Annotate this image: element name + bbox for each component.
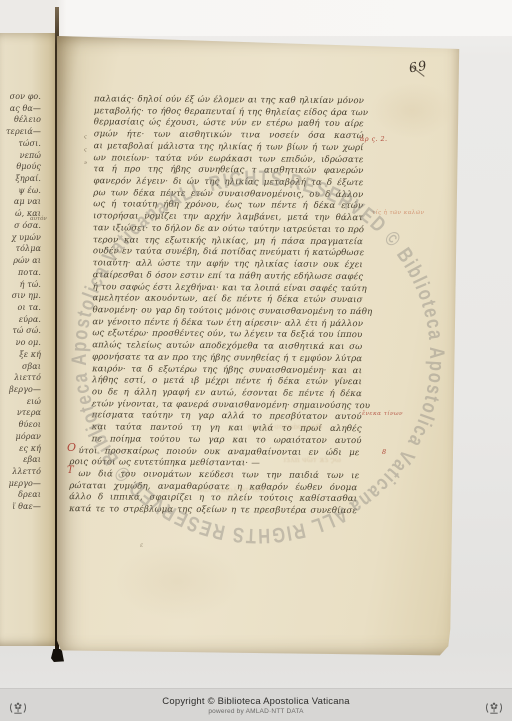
book-spine-foot	[51, 649, 64, 662]
facing-page-line-fragment: λλεττό	[0, 466, 57, 478]
facing-page-line-fragment: ντερα	[0, 407, 57, 419]
facing-page-text-fragments: σον φο.ας θα—θέλειοτερειά—τώσι.νεπώθμούς…	[0, 91, 57, 513]
footer-powered-by-text: powered by AMLAD·NTT DATA	[208, 708, 303, 715]
facing-page-line-fragment: μόραν	[0, 431, 57, 443]
facing-page-line-fragment: ας θα—	[0, 103, 57, 115]
stray-ink-mark: ε	[140, 542, 143, 549]
facing-page-line-fragment: τερειά—	[0, 126, 57, 138]
folio-number: 69	[408, 59, 429, 77]
quire-mark-2: ϛ	[84, 147, 87, 153]
marginal-rubric-top: ἀρ ς. 2.	[360, 135, 387, 143]
facing-page-line-fragment: ξηραί.	[0, 173, 57, 185]
facing-page-edge: σον φο.ας θα—θέλειοτερειά—τώσι.νεπώθμούς…	[0, 33, 57, 646]
facing-page-line-fragment: ες κή	[0, 443, 57, 455]
quire-mark-1: ϛ	[84, 134, 87, 140]
facing-page-line-fragment: θέλειο	[0, 114, 57, 126]
facing-page-line-fragment: ειώ	[0, 396, 57, 408]
facing-page-line-fragment: ψ έω.	[0, 185, 57, 197]
vatican-library-emblem-right	[483, 697, 505, 719]
facing-page-line-fragment: εύρα.	[0, 314, 57, 326]
ink-bleedthrough-line: Θεοφράστου πρώτη	[248, 422, 322, 431]
facing-page-line-fragment: εβαι	[0, 454, 57, 466]
facing-page-line-fragment: σον φο.	[0, 91, 57, 103]
facing-page-line-fragment: σβαι	[0, 361, 57, 373]
scanner-background-top	[0, 0, 512, 36]
facing-page-line-fragment: σιν ημ.	[0, 290, 57, 302]
facing-page-line-fragment: ξε κή	[0, 349, 57, 361]
facing-page-line-fragment: ποτα.	[0, 267, 57, 279]
facing-page-line-fragment: σ όσα.	[0, 220, 57, 232]
facing-page-line-fragment: λιεττό	[0, 372, 57, 384]
facing-page-line-fragment: τώσι.	[0, 138, 57, 150]
facing-page-line-fragment: οι τα.	[0, 302, 57, 314]
facing-page-line-fragment: ώ, και	[0, 208, 57, 220]
ink-bleedthrough-line: καὶ τὰ λοιπὰ τῶν	[198, 485, 264, 494]
facing-page-line-fragment: ρών αι	[0, 255, 57, 267]
manuscript-text-block: παλαιάς· δηλοί ούν έξ ών έλομεν αι της κ…	[54, 94, 460, 519]
rubric-initial-omicron: Ο	[67, 441, 76, 454]
manuscript-text-line: κατά τε το στρέβλωμα της οξείων η τε πρε…	[69, 504, 357, 518]
facing-page-line-fragment: βεργο—	[0, 384, 57, 396]
facing-page-line-fragment: μεργο—	[0, 478, 57, 490]
footer-copyright-text: Copyright © Biblioteca Apostolica Vatica…	[162, 696, 349, 707]
marginal-rubric-faint: τίς ἡ τῶν καλῶν	[372, 210, 424, 216]
facing-page-line-fragment: αμ ναι	[0, 196, 57, 208]
facing-page-marginal-gloss: ἀυτόν	[30, 216, 47, 222]
facing-page-line-fragment: θμούς	[0, 161, 57, 173]
footer-bar: Copyright © Biblioteca Apostolica Vatica…	[0, 688, 512, 721]
facing-page-line-fragment: ή τώ.	[0, 279, 57, 291]
facing-page-line-fragment: νο ομ.	[0, 337, 57, 349]
facing-page-line-fragment: νεπώ	[0, 150, 57, 162]
manuscript-scan-canvas: σον φο.ας θα—θέλειοτερειά—τώσι.νεπώθμούς…	[0, 0, 512, 721]
rubric-initial-tau: Τ	[67, 465, 74, 476]
manuscript-page: 69 παλαιάς· δηλοί ούν έξ ών έλομεν αι τη…	[57, 36, 460, 656]
quire-mark-3: ϶	[84, 160, 87, 166]
marginal-rubric-mark: 8	[382, 448, 387, 456]
facing-page-line-fragment: τόλμα	[0, 243, 57, 255]
marginal-rubric-mid: ἕνεκα τίνων	[362, 411, 403, 417]
facing-page-line-fragment: θύεοι	[0, 419, 57, 431]
facing-page-line-fragment: τώ σώ.	[0, 325, 57, 337]
facing-page-line-fragment: χ υμών	[0, 232, 57, 244]
vatican-library-emblem-left	[7, 697, 29, 719]
ink-bleedthrough-line: ὡς ἐκ τῶν πλει	[283, 455, 341, 464]
facing-page-line-fragment: δρεαι	[0, 489, 57, 501]
facing-page-line-fragment: ϊ θαε—	[0, 501, 57, 513]
